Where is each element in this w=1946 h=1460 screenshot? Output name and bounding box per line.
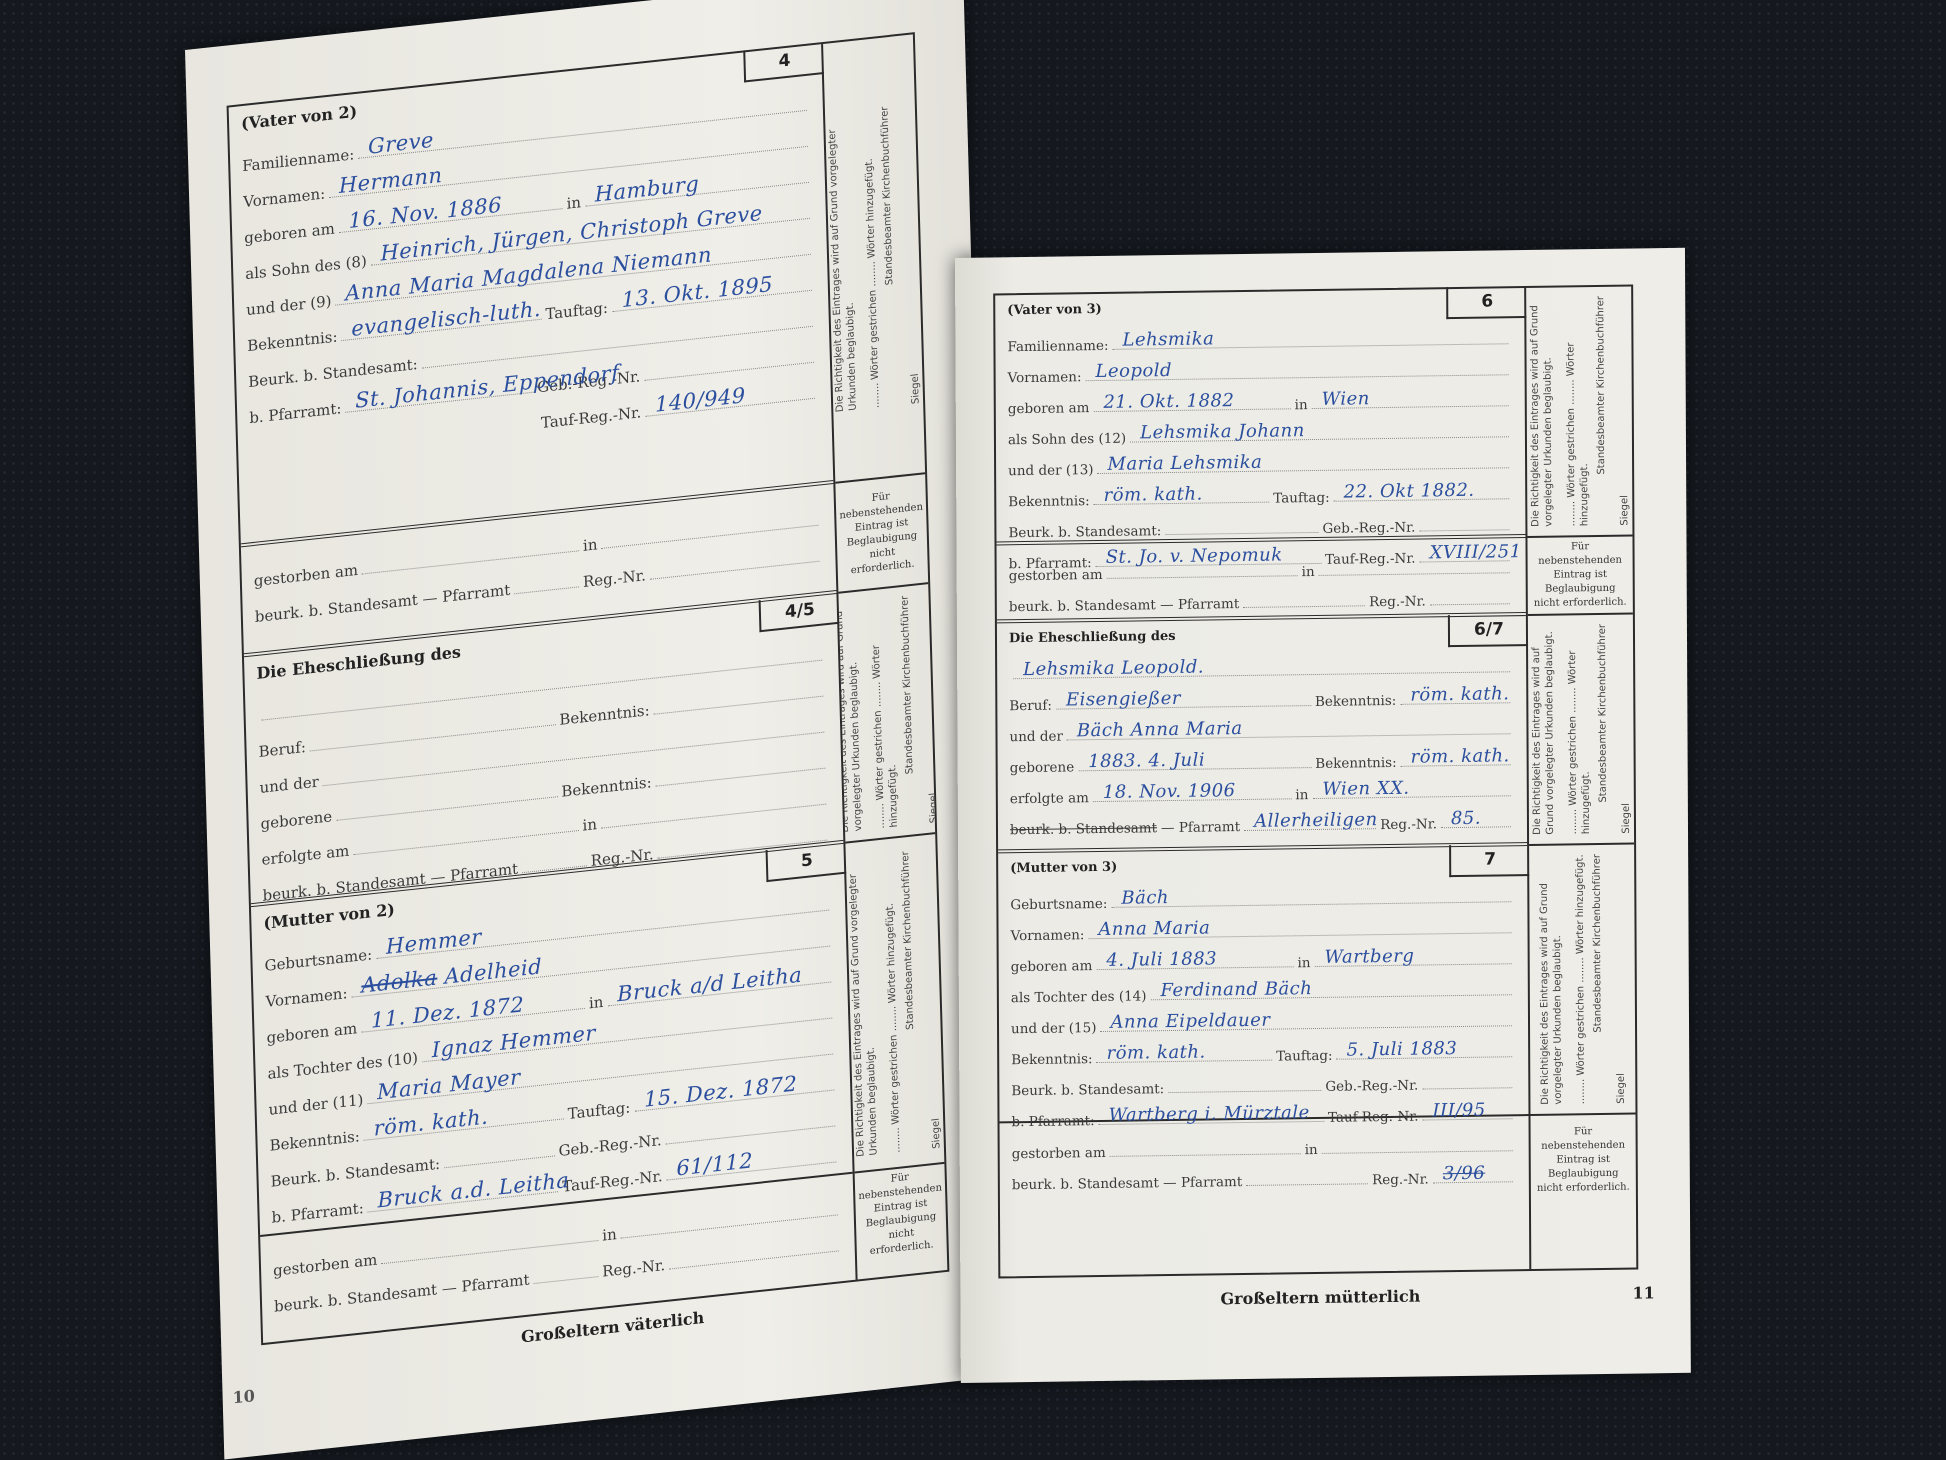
not-required-box: Für nebenstehenden Eintrag ist Beglaubig… — [835, 474, 928, 594]
label-recorded-struck: beurk. b. Standesamt — [1010, 820, 1157, 838]
religion-field[interactable]: röm. kath. — [1097, 1060, 1273, 1063]
official-title: Standesbeamter Kirchenbuchführer — [899, 595, 918, 826]
right-page: 6 (Vater von 3) Familienname:Lehsmika Vo… — [955, 248, 1691, 1383]
religion-groom-field[interactable]: röm. kath. — [1400, 702, 1510, 705]
birth-reg-field[interactable] — [1419, 529, 1509, 531]
page-footer: Großeltern mütterlich — [1220, 1287, 1420, 1309]
page-number: 11 — [1632, 1283, 1654, 1302]
not-required-box: Für nebenstehenden Eintrag ist Beglaubig… — [1531, 1115, 1636, 1206]
label-and-of: und der — [1009, 729, 1063, 746]
label-religion: Bekenntnis: — [1315, 755, 1396, 772]
certification-text: Die Richtigkeit des Eintrages wird auf G… — [1529, 305, 1554, 527]
recorded-field[interactable]: Allerheiligen — [1244, 828, 1376, 831]
nee-field[interactable]: 1883. 4. Juli — [1078, 767, 1311, 771]
label-reg-no: Reg.-Nr. — [583, 566, 646, 591]
not-required-note: Für nebenstehenden Eintrag ist Beglaubig… — [855, 1164, 947, 1264]
label-reg-no: Reg.-Nr. — [1380, 816, 1437, 833]
certification-box: Die Richtigkeit des Eintrages wird auf G… — [845, 834, 944, 1173]
label-born-on: geboren am — [1011, 958, 1093, 975]
mother-section: 5 (Mutter von 2) Geburtsname:Hemmer Vorn… — [251, 844, 853, 1237]
born-on-field[interactable]: 21. Okt. 1882 — [1093, 408, 1290, 412]
seal-label: Siegel — [901, 103, 922, 404]
label-in: in — [566, 193, 581, 213]
label-religion: Bekenntnis: — [1011, 1051, 1092, 1068]
registry-field[interactable] — [1168, 1090, 1321, 1093]
label-first-names: Vornamen: — [1011, 927, 1085, 944]
label-son-of: als Sohn des (12) — [1008, 431, 1126, 449]
entry-number: 4 — [743, 42, 824, 83]
baptism-field[interactable]: 5. Juli 1883 — [1337, 1056, 1513, 1059]
seal-label: Siegel — [1613, 854, 1627, 1104]
father-section: 4 (Vater von 2) Familienname:Greve Vorna… — [229, 44, 834, 547]
label-registry: Beurk. b. Standesamt: — [1011, 1081, 1164, 1099]
not-required-note: Für nebenstehenden Eintrag ist Beglaubig… — [1531, 1121, 1636, 1200]
mother-death-section: gestorben amin beurk. b. Standesamt — Pf… — [1000, 1116, 1529, 1203]
entry-number: 7 — [1449, 844, 1529, 877]
seal-label: Siegel — [1618, 624, 1632, 834]
left-page: 4 (Vater von 2) Familienname:Greve Vorna… — [185, 0, 1002, 1459]
certification-text: Die Richtigkeit des Eintrages wird auf G… — [848, 873, 880, 1157]
born-in-field[interactable]: Wartberg — [1315, 963, 1512, 967]
baptism-field[interactable]: 22. Okt 1882. — [1334, 498, 1510, 501]
label-birth-reg: Geb.-Reg.-Nr. — [1322, 520, 1415, 537]
registry-field[interactable] — [1165, 532, 1318, 535]
label-reg-no: Reg.-Nr. — [602, 1256, 665, 1281]
label-bapt-reg: Tauf-Reg.-Nr. — [562, 1167, 663, 1196]
words-struck: ........ Wörter gestrichen ........ Wört… — [869, 597, 901, 830]
label-in: in — [1297, 955, 1310, 971]
recorded-field[interactable] — [514, 586, 579, 594]
label-religion: Bekenntnis: — [1315, 693, 1396, 710]
label-in: in — [1305, 1142, 1318, 1158]
label-occupation: Beruf: — [1009, 698, 1052, 715]
certification-column: Die Richtigkeit des Eintrages wird auf G… — [1526, 287, 1636, 1269]
label-birth-reg: Geb.-Reg.-Nr. — [1325, 1078, 1418, 1095]
label-family-name: Familienname: — [1007, 338, 1108, 355]
label-took-place: erfolgte am — [1010, 790, 1089, 807]
died-on-field[interactable] — [1107, 575, 1298, 579]
bapt-reg-field[interactable]: 140/949 — [645, 398, 815, 417]
label-first-names: Vornamen: — [1008, 369, 1082, 386]
died-in-field[interactable] — [1322, 1150, 1513, 1154]
label-daughter-of: als Tochter des (14) — [1011, 988, 1147, 1006]
spacer-line — [254, 428, 537, 458]
official-title: Standesbeamter Kirchenbuchführer — [878, 106, 899, 407]
label-birth-name: Geburtsname: — [1010, 896, 1107, 913]
entry-number: 6/7 — [1448, 614, 1528, 647]
certification-box: Die Richtigkeit des Eintrages wird auf G… — [838, 584, 935, 843]
official-title: Standesbeamter Kirchenbuchführer — [899, 851, 920, 1152]
official-title: Standesbeamter Kirchenbuchführer — [1590, 854, 1604, 1104]
certification-text: Die Richtigkeit des Eintrages wird auf G… — [1531, 631, 1556, 835]
label-in: in — [602, 1225, 617, 1245]
label-and-of: und der (13) — [1008, 462, 1094, 479]
certification-box: Die Richtigkeit des Eintrages wird auf G… — [1529, 845, 1635, 1116]
page-number: 10 — [232, 1386, 255, 1407]
marriage-section: 6/7 Die Eheschließung des Lehsmika Leopo… — [997, 616, 1527, 853]
reg-no-field[interactable] — [1430, 603, 1510, 605]
not-required-note: Für nebenstehenden Eintrag ist Beglaubig… — [1527, 537, 1632, 615]
official-title: Standesbeamter Kirchenbuchführer — [1594, 296, 1608, 526]
birth-reg-field[interactable] — [1422, 1087, 1512, 1089]
not-required-box: Für nebenstehenden Eintrag ist Beglaubig… — [855, 1164, 947, 1264]
recorded-field[interactable] — [1243, 605, 1365, 608]
certification-text: Die Richtigkeit des Eintrages wird auf G… — [827, 129, 859, 413]
died-on-field[interactable] — [1110, 1153, 1301, 1157]
entry-number: 6 — [1446, 286, 1526, 319]
label-recorded: beurk. b. Standesamt — Pfarramt — [1009, 596, 1239, 615]
father-section: 6 (Vater von 3) Familienname:Lehsmika Vo… — [995, 288, 1525, 545]
certification-box: Die Richtigkeit des Eintrages wird auf G… — [823, 34, 925, 483]
seal-label: Siegel — [921, 593, 935, 824]
seal-label: Siegel — [922, 848, 943, 1149]
label-registry: Beurk. b. Standesamt: — [1008, 523, 1161, 541]
label-reg-no: Reg.-Nr. — [1372, 1171, 1429, 1188]
ancestor-form-maternal: 6 (Vater von 3) Familienname:Lehsmika Vo… — [993, 285, 1638, 1279]
label-recorded: beurk. b. Standesamt — Pfarramt — [274, 1270, 530, 1315]
ancestor-form-paternal: 4 (Vater von 2) Familienname:Greve Vorna… — [227, 32, 950, 1345]
seal-label: Siegel — [1617, 296, 1631, 526]
label-died-on: gestorben am — [1012, 1145, 1106, 1162]
born-in-field[interactable]: Wien — [1312, 405, 1509, 409]
section-header: (Vater von 3) — [1007, 296, 1512, 318]
words-struck: ........ Wörter gestrichen ........ Wört… — [1564, 296, 1591, 526]
label-in: in — [583, 535, 598, 555]
label-religion: Bekenntnis: — [1008, 493, 1089, 510]
label-in: in — [589, 993, 604, 1013]
label-recorded: beurk. b. Standesamt — Pfarramt — [255, 581, 511, 626]
official-title: Standesbeamter Kirchenbuchführer — [1595, 624, 1609, 834]
reg-no-field[interactable] — [669, 1250, 839, 1269]
recorded-field[interactable] — [534, 1276, 599, 1284]
label-bapt-reg: Tauf-Reg.-Nr. — [541, 403, 642, 432]
words-struck: ........ Wörter gestrichen ........ Wört… — [1565, 624, 1592, 834]
certification-box: Die Richtigkeit des Eintrages wird auf G… — [1526, 287, 1632, 538]
born-on-field[interactable]: 4. Juli 1883 — [1096, 966, 1293, 970]
label-nee: geborene — [1010, 759, 1075, 776]
marriage-date-field[interactable]: 18. Nov. 1906 — [1093, 798, 1291, 802]
certification-box: Die Richtigkeit des Eintrages wird auf G… — [1528, 615, 1634, 846]
marriage-place-field[interactable]: Wien XX. — [1312, 795, 1510, 799]
label-recorded-parish: — Pfarramt — [1161, 819, 1240, 836]
occupation-field[interactable]: Eisengießer — [1056, 705, 1311, 710]
section-header: Die Eheschließung des — [1009, 624, 1514, 646]
label-died-on: gestorben am — [1009, 567, 1103, 584]
label-recorded: beurk. b. Standesamt — Pfarramt — [1012, 1174, 1242, 1193]
label-born-on: geboren am — [1008, 400, 1090, 417]
label-reg-no: Reg.-Nr. — [1369, 593, 1426, 610]
died-in-field[interactable] — [1319, 572, 1510, 576]
label-parish: b. Pfarramt: — [271, 1199, 364, 1227]
certification-text: Die Richtigkeit des Eintrages wird auf G… — [1538, 883, 1563, 1105]
section-header: (Mutter von 3) — [1010, 854, 1515, 876]
not-required-box: Für nebenstehenden Eintrag ist Beglaubig… — [1527, 537, 1632, 616]
not-required-note: Für nebenstehenden Eintrag ist Beglaubig… — [835, 482, 928, 584]
mother-section: 7 (Mutter von 3) Geburtsname:Bäch Vornam… — [998, 846, 1528, 1123]
religion-bride-field[interactable]: röm. kath. — [1401, 764, 1511, 767]
label-in: in — [1295, 397, 1308, 413]
religion-field[interactable]: röm. kath. — [1094, 502, 1270, 505]
recorded-field[interactable] — [1246, 1183, 1368, 1186]
label-baptism: Tauftag: — [1276, 1048, 1332, 1065]
reg-no-field[interactable]: 85. — [1441, 826, 1511, 828]
label-in: in — [1295, 787, 1308, 803]
label-baptism: Tauftag: — [1273, 490, 1329, 507]
reg-no-field[interactable]: 3/96 — [1433, 1181, 1513, 1183]
label-and-of: und der (15) — [1011, 1020, 1097, 1037]
label-in: in — [1302, 564, 1315, 580]
reg-no-field[interactable] — [650, 561, 820, 580]
words-struck: ........ Wörter gestrichen ........ Wört… — [1573, 854, 1587, 1104]
father-death-section: gestorben amin beurk. b. Standesamt — Pf… — [997, 538, 1526, 623]
label-in: in — [582, 815, 597, 835]
